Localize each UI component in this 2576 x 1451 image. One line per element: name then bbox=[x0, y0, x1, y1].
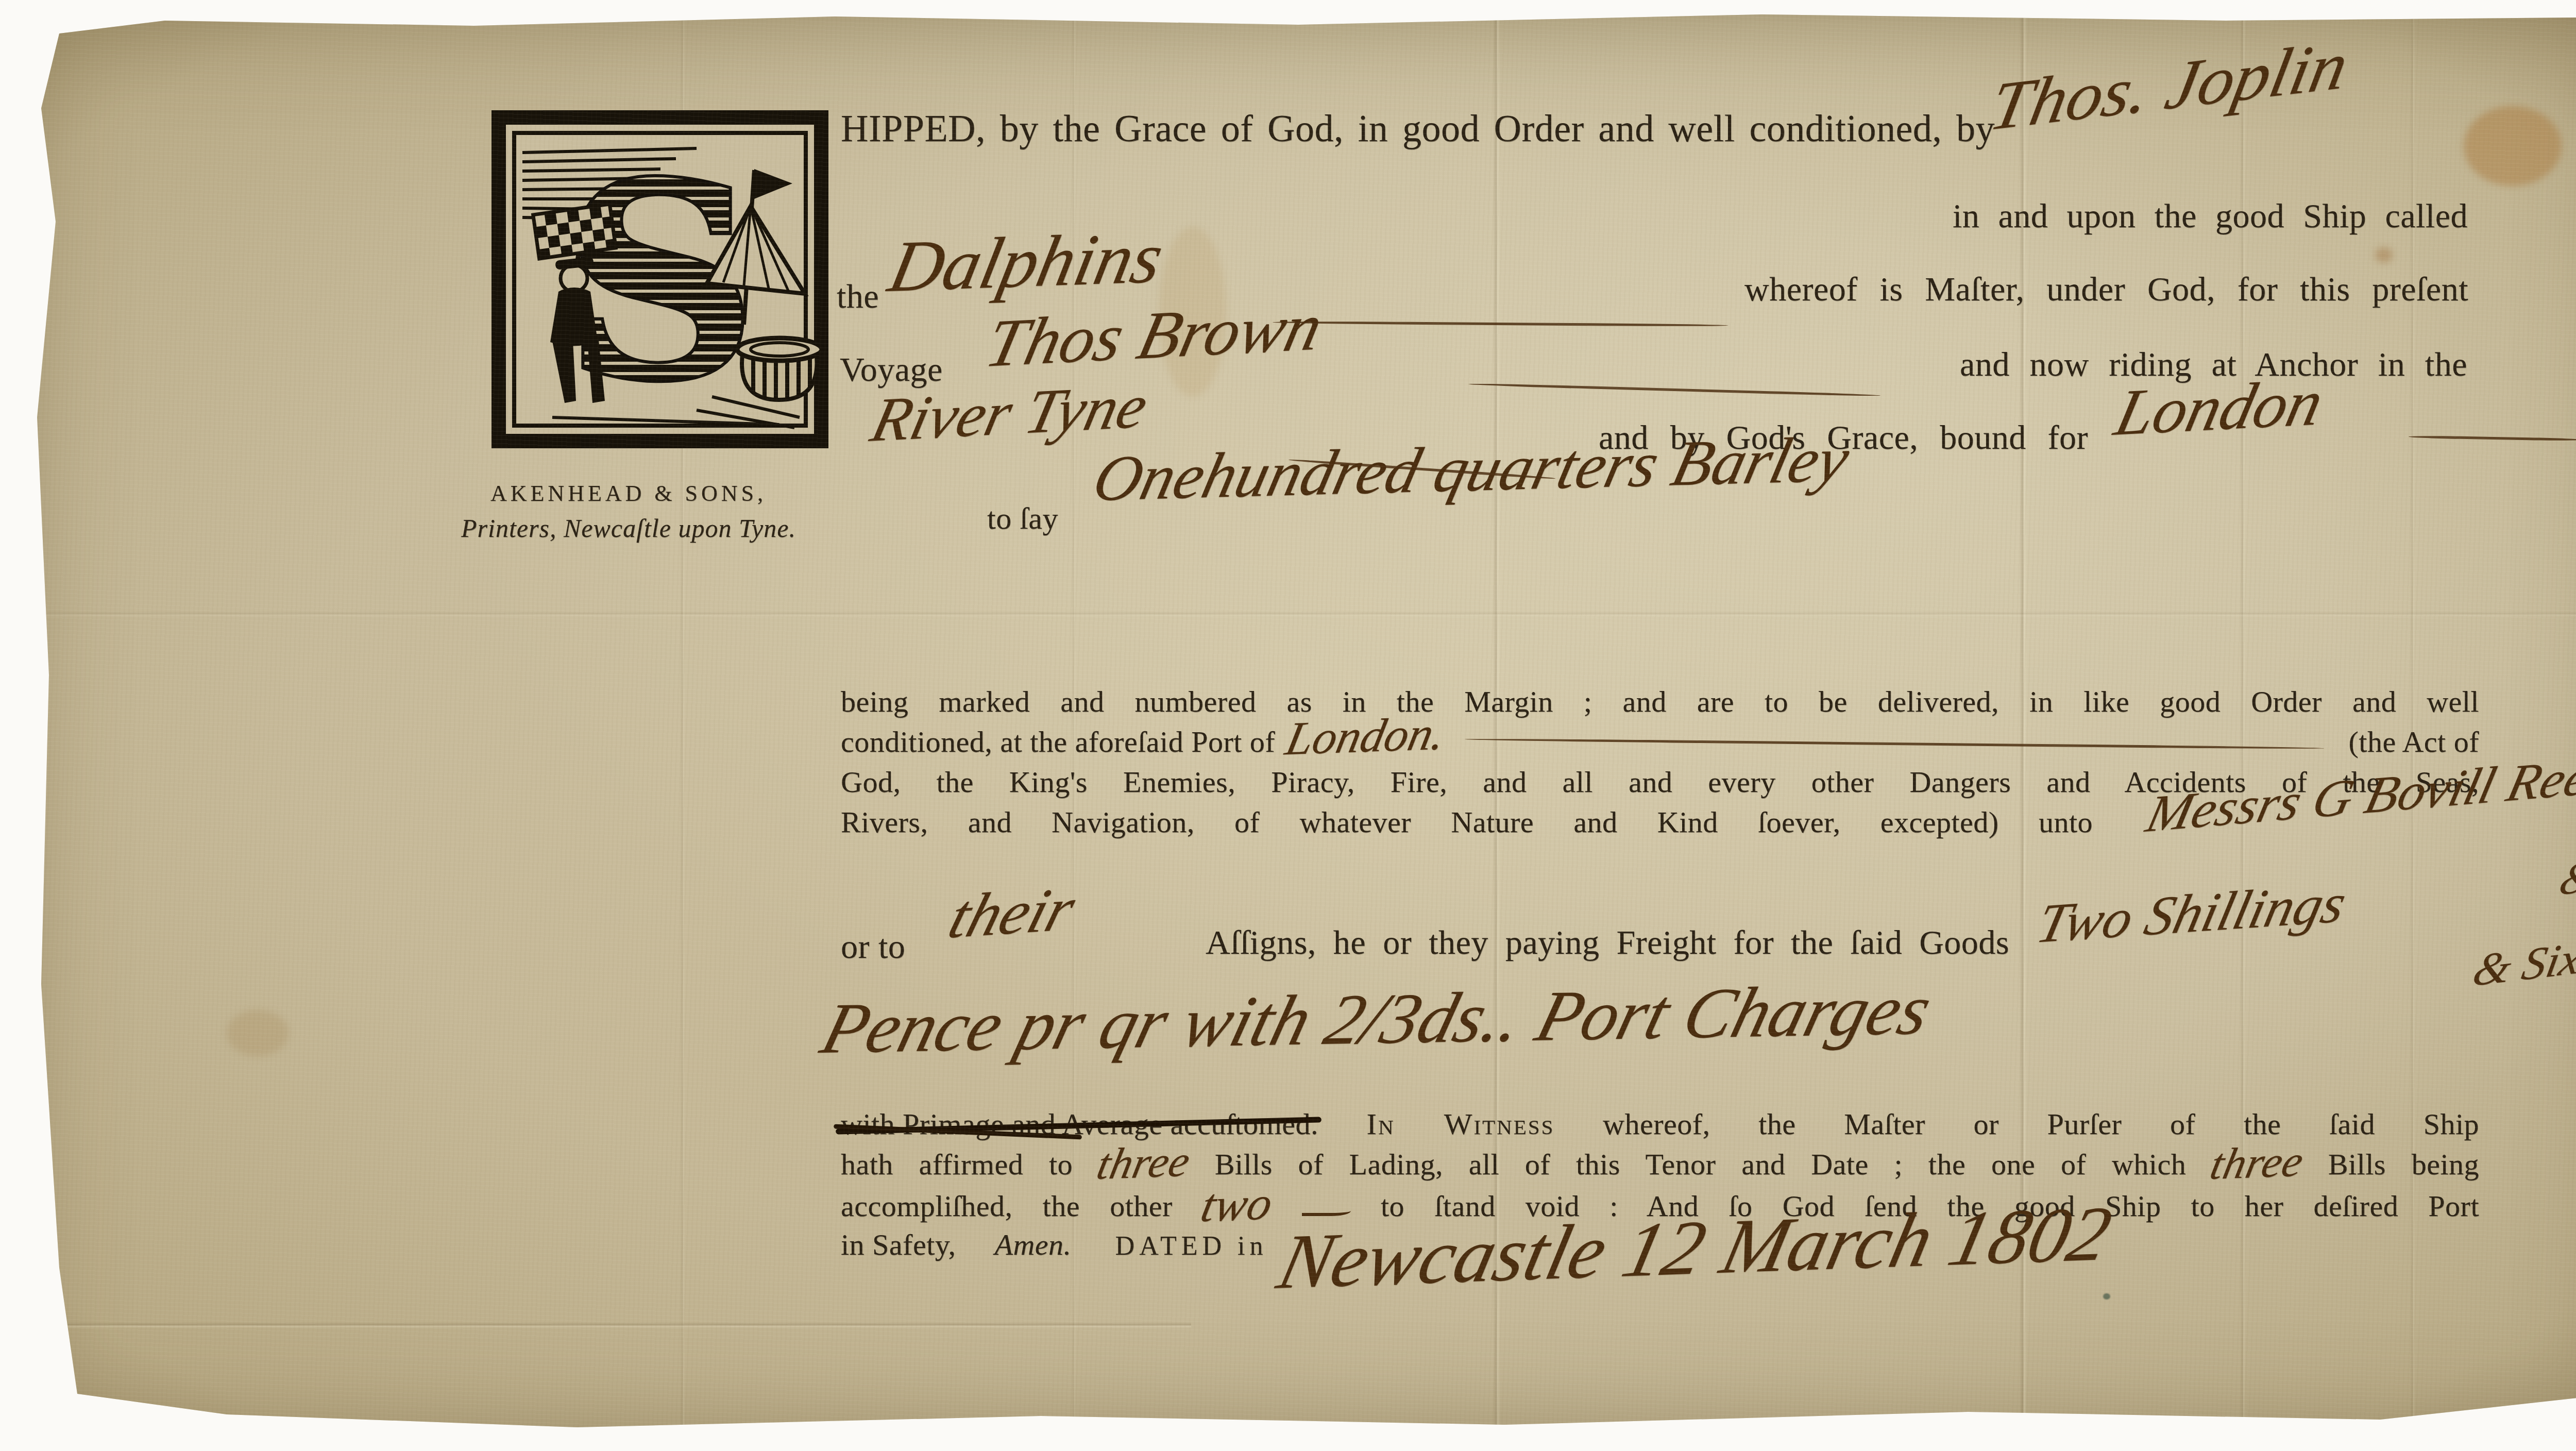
bills-count-handwritten: three bbox=[1092, 1135, 1195, 1190]
witness-line-2-post: Bills being bbox=[2328, 1148, 2479, 1181]
accomplished-label: accompliſhed, the other bbox=[841, 1189, 1173, 1223]
the-label: the bbox=[837, 277, 879, 316]
fold-crease bbox=[10, 1322, 1191, 1328]
handwritten-rule bbox=[1465, 738, 2325, 749]
printer-imprint-name: AKENHEAD & SONS, bbox=[402, 480, 855, 507]
witness-line-2-mid: Bills of Lading, all of this Tenor and D… bbox=[1215, 1148, 2187, 1181]
destination-handwritten: London bbox=[2108, 365, 2330, 451]
assigns-paying-line: Aſſigns, he or they paying Freight for t… bbox=[1206, 923, 2009, 963]
bill-of-lading-paper: S bbox=[10, 5, 2576, 1446]
handwritten-rule bbox=[1273, 321, 1728, 327]
handwritten-rule bbox=[2409, 435, 2576, 441]
to-say-label: to ſay bbox=[987, 501, 1058, 536]
amen-label: Amen. bbox=[995, 1228, 1072, 1261]
witness-line-1: with Primage and Average accuſtomed. In … bbox=[841, 1107, 2479, 1141]
delivery-line-4: Rivers, and Navigation, of whatever Natu… bbox=[841, 805, 2093, 839]
freight-pence-handwritten: Pence pr qr with 2/3ds.. Port Charges bbox=[813, 968, 1940, 1070]
in-safety-label: in Safety, bbox=[841, 1228, 956, 1261]
ink-stain bbox=[227, 1010, 289, 1056]
act-of-label: (the Act of bbox=[2348, 724, 2479, 759]
whereof-master-line: whereof is Maſter, under God, for this p… bbox=[1744, 270, 2468, 309]
port-of-label: conditioned, at the aforeſaid Port of bbox=[841, 724, 1275, 759]
handwritten-rule bbox=[1302, 1191, 1351, 1216]
void-count-handwritten: two bbox=[1196, 1176, 1278, 1233]
opening-line-print: HIPPED, by the Grace of God, in good Ord… bbox=[841, 107, 1995, 151]
witness-line-4: in Safety, Amen. DATED in bbox=[841, 1227, 1267, 1262]
witness-line-1-rest: whereof, the Maſter or Purſer of the ſai… bbox=[1603, 1107, 2479, 1141]
freight-amount-handwritten-cont: & Six bbox=[2469, 932, 2576, 997]
delivery-line-2: conditioned, at the aforeſaid Port of Lo… bbox=[841, 724, 2479, 763]
consignee-handwritten-cont: & Co bbox=[2555, 841, 2576, 906]
witness-line-2: hath affirmed to three Bills of Lading, … bbox=[841, 1147, 2479, 1182]
ship-name-handwritten: Dalphins bbox=[882, 215, 1171, 309]
ship-called-line: in and upon the good Ship called bbox=[1953, 197, 2468, 236]
port-handwritten: London. bbox=[1281, 706, 1451, 766]
scanned-document: S bbox=[0, 0, 2576, 1451]
ink-stain bbox=[2103, 1293, 2110, 1300]
or-to-label: or to bbox=[841, 927, 905, 967]
freight-amount-handwritten: Two Shillings bbox=[2031, 872, 2352, 956]
printer-imprint-place: Printers, Newcaſtle upon Tyne. bbox=[392, 513, 866, 543]
handwritten-rule bbox=[1468, 383, 1880, 397]
in-witness-smallcaps: In Witness bbox=[1367, 1107, 1555, 1141]
cargo-handwritten: Onehundred quarters Barley bbox=[1086, 423, 1857, 516]
bills-count-handwritten-2: three bbox=[2206, 1135, 2309, 1190]
struck-primage-clause: with Primage and Average accuſtomed. bbox=[841, 1107, 1318, 1141]
hath-affirmed-label: hath affirmed to bbox=[841, 1148, 1073, 1181]
woodcut-initial-s: S bbox=[490, 108, 831, 454]
shipper-name-handwritten: Thos. Joplin bbox=[1984, 26, 2354, 147]
assigns-handwritten: their bbox=[941, 873, 1083, 953]
woodcut-barrel bbox=[737, 338, 822, 400]
delivery-line-1: being marked and numbered as in the Marg… bbox=[841, 684, 2479, 719]
ink-stain bbox=[2464, 106, 2562, 186]
ink-stain bbox=[2375, 247, 2393, 263]
fold-crease bbox=[10, 611, 2576, 617]
dated-in-label: DATED in bbox=[1115, 1231, 1268, 1261]
